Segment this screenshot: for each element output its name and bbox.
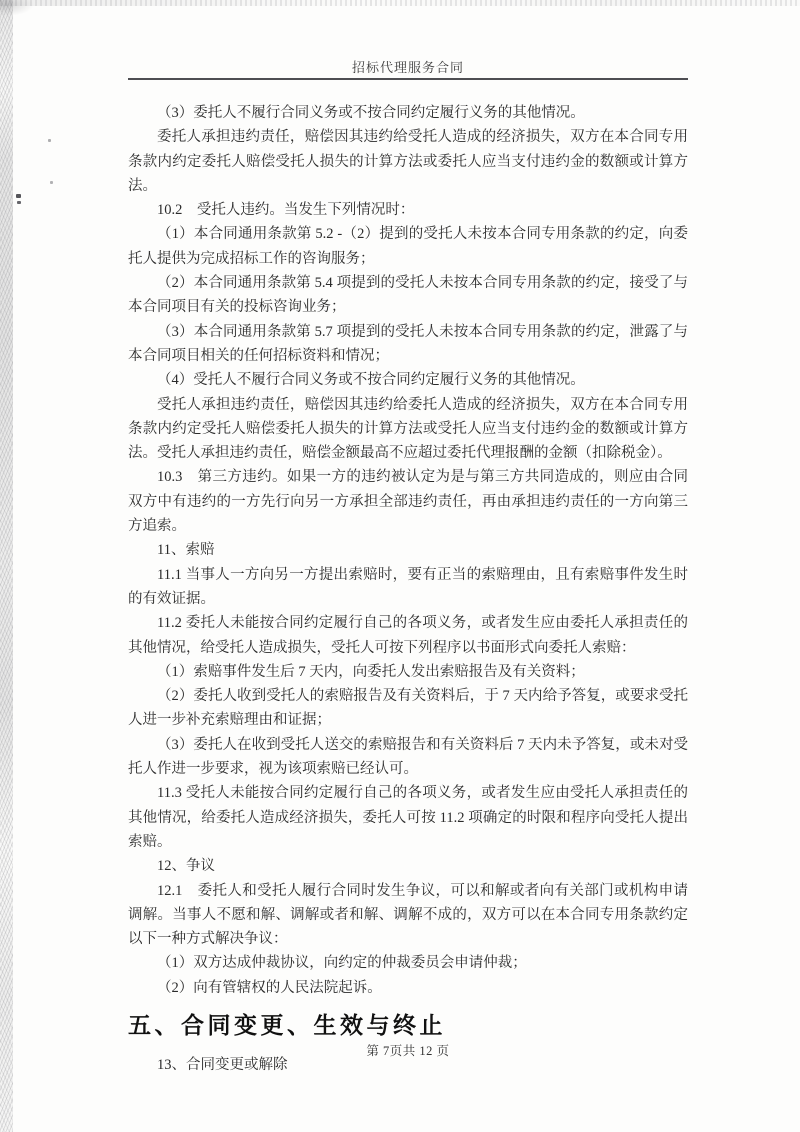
paragraph: 10.2 受托人违约。当发生下列情况时： (128, 198, 688, 222)
header-title: 招标代理服务合同 (128, 57, 688, 76)
paragraph: 11.3 受托人未能按合同约定履行自己的各项义务，或者发生应由受托人承担责任的其… (128, 781, 688, 854)
page-number: 第 7页共 12 页 (366, 1044, 449, 1058)
paragraph: （1）双方达成仲裁协议，向约定的仲裁委员会申请仲裁； (128, 951, 688, 975)
paragraph: 12.1 委托人和受托人履行合同时发生争议，可以和解或者向有关部门或机构申请调解… (128, 879, 688, 952)
scan-speck (48, 139, 51, 142)
document-body: （3）委托人不履行合同义务或不按合同约定履行义务的其他情况。委托人承担违约责任，… (128, 101, 688, 1077)
scan-speck (50, 181, 53, 184)
document-page: 招标代理服务合同 （3）委托人不履行合同义务或不按合同约定履行义务的其他情况。委… (0, 0, 800, 1132)
paragraph: 11、索赔 (128, 538, 688, 562)
paragraph: 12、争议 (128, 854, 688, 878)
paragraph: （3）本合同通用条款第 5.7 项提到的受托人未按本合同专用条款的约定，泄露了与… (128, 320, 688, 369)
paragraph: 受托人承担违约责任，赔偿因其违约给委托人造成的经济损失，双方在本合同专用条款内约… (128, 393, 688, 466)
paragraph: （4）受托人不履行合同义务或不按合同约定履行义务的其他情况。 (128, 368, 688, 392)
paragraph: 委托人承担违约责任，赔偿因其违约给受托人造成的经济损失，双方在本合同专用条款内约… (128, 125, 688, 198)
paragraph: （3）委托人在收到受托人送交的索赔报告和有关资料后 7 天内未予答复，或未对受托… (128, 733, 688, 782)
scan-noise-left-edge (0, 0, 13, 1132)
scan-speck (16, 194, 21, 198)
scan-speck (17, 201, 21, 204)
paragraph: （2）委托人收到受托人的索赔报告及有关资料后，于 7 天内给予答复，或要求受托人… (128, 684, 688, 733)
paragraph: （1）本合同通用条款第 5.2 -（2）提到的受托人未按本合同专用条款的约定，向… (128, 222, 688, 271)
paragraph: 10.3 第三方违约。如果一方的违约被认定为是与第三方共同造成的，则应由合同双方… (128, 465, 688, 538)
scan-noise-top-edge (0, 0, 800, 6)
paragraph: （2）本合同通用条款第 5.4 项提到的受托人未按本合同专用条款的约定，接受了与… (128, 271, 688, 320)
paragraph: （3）委托人不履行合同义务或不按合同约定履行义务的其他情况。 (128, 101, 688, 125)
scan-smudge-top-left (0, 0, 34, 16)
paragraph: 11.2 委托人未能按合同约定履行自己的各项义务，或者发生应由委托人承担责任的其… (128, 611, 688, 660)
section-heading: 五、合同变更、生效与终止 (128, 1010, 688, 1041)
paragraph: （1）索赔事件发生后 7 天内，向委托人发出索赔报告及有关资料； (128, 660, 688, 684)
header-rule (128, 78, 688, 80)
page-footer: 第 7页共 12 页 (128, 1041, 688, 1059)
paragraph: （2）向有管辖权的人民法院起诉。 (128, 976, 688, 1000)
paragraph: 11.1 当事人一方向另一方提出索赔时，要有正当的索赔理由，且有索赔事件发生时的… (128, 563, 688, 612)
